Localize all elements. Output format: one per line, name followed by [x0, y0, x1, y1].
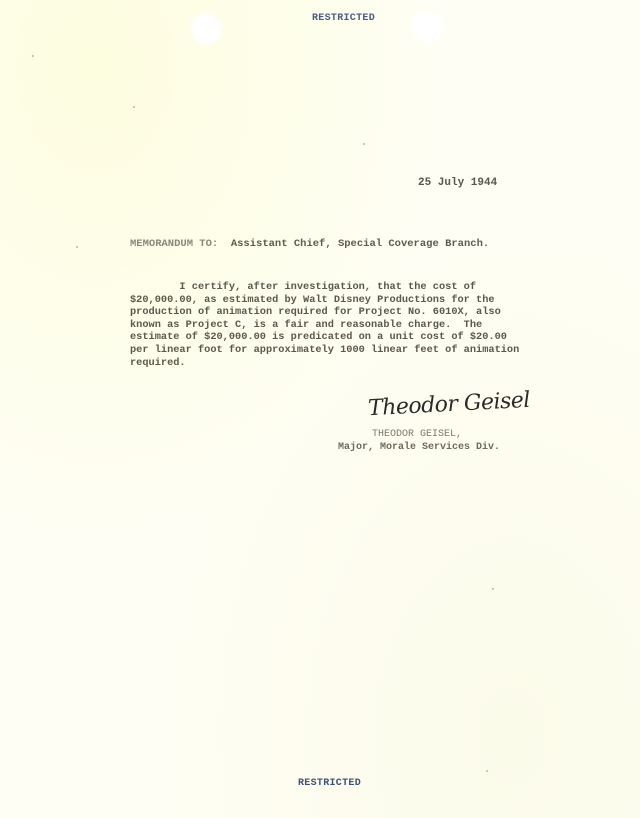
memo-body-line: production of animation required for Pro… [130, 306, 560, 319]
paper-speck [492, 588, 494, 590]
memo-to-label: MEMORANDUM TO: [130, 238, 218, 250]
memo-body-line: required. [130, 357, 560, 370]
paper-speck [133, 106, 135, 108]
memo-body-line: estimate of $20,000.00 is predicated on … [130, 331, 560, 344]
signatory-title: Major, Morale Services Div. [338, 441, 500, 454]
signatory-name: THEODOR GEISEL, [338, 428, 500, 441]
classification-stamp-bottom: RESTRICTED [298, 778, 361, 789]
memo-addressee-line: MEMORANDUM TO: Assistant Chief, Special … [130, 238, 489, 250]
document-page: RESTRICTED 25 July 1944 MEMORANDUM TO: A… [0, 0, 640, 818]
handwritten-signature: Theodor Geisel [367, 388, 530, 421]
paper-speck [32, 55, 34, 57]
punch-hole-right [414, 14, 440, 40]
memo-body-line: known as Project C, is a fair and reason… [130, 319, 560, 332]
memo-recipient: Assistant Chief, Special Coverage Branch… [231, 238, 489, 250]
signature-block: THEODOR GEISEL, Major, Morale Services D… [338, 428, 500, 454]
memo-body-line: per linear foot for approximately 1000 l… [130, 344, 560, 357]
paper-speck [76, 246, 78, 248]
memo-date: 25 July 1944 [418, 177, 497, 189]
memo-body: I certify, after investigation, that the… [130, 281, 560, 369]
paper-speck [486, 770, 488, 772]
punch-hole-left [193, 16, 219, 42]
classification-stamp-top: RESTRICTED [312, 13, 375, 24]
memo-body-line: $20,000.00, as estimated by Walt Disney … [130, 294, 560, 307]
paper-speck [363, 143, 365, 145]
memo-body-line: I certify, after investigation, that the… [130, 281, 560, 294]
